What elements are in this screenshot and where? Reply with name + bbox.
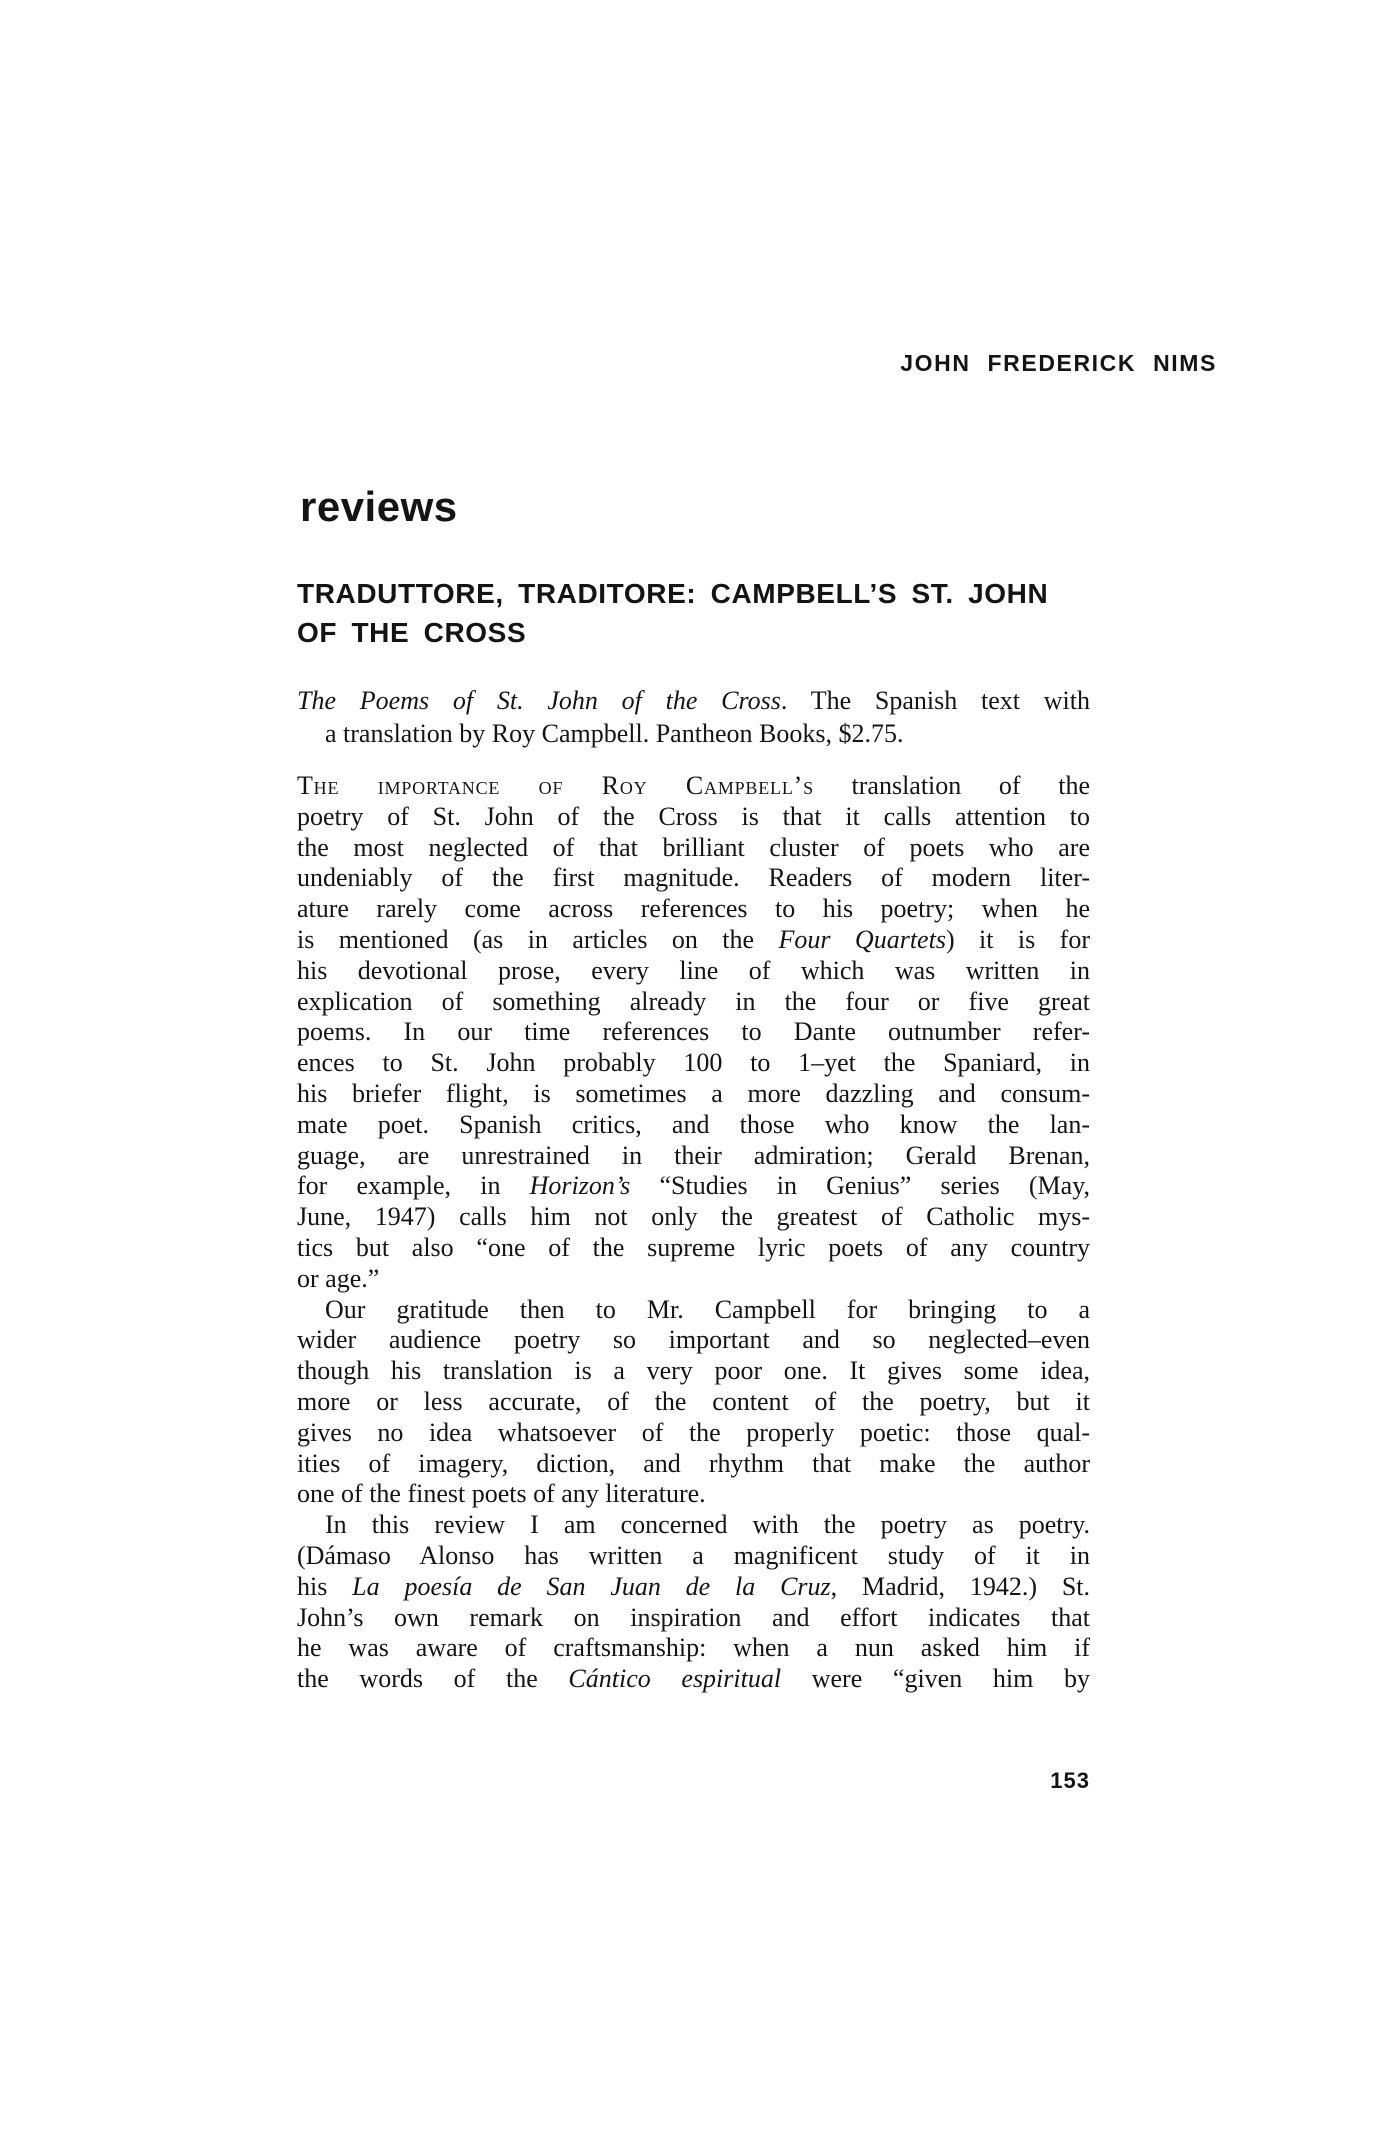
text-segment: is mentioned (as in articles on the [297,925,779,954]
paragraph: Our gratitude then to Mr. Campbell for b… [297,1295,1090,1511]
citation-line: The Poems of St. John of the Cross. The … [297,684,1090,717]
text-segment: poems. In our time references to Dante o… [297,1017,1090,1046]
text-segment: the most neglected of that brilliant clu… [297,833,1090,862]
section-heading: reviews [300,483,458,531]
text-segment: explication of something already in the … [297,987,1090,1016]
paragraph: The importance of Roy Campbell’s transla… [297,771,1090,1295]
text-line: his La poesía de San Juan de la Cruz, Ma… [297,1572,1090,1603]
text-segment: (Dámaso Alonso has written a magnificent… [297,1541,1090,1570]
review-body: The importance of Roy Campbell’s transla… [297,771,1090,1695]
italic-text: The Poems of St. John of the Cross [297,686,781,715]
text-segment: ences to St. John probably 100 to 1–yet … [297,1048,1090,1077]
text-segment: one of the finest poets of any literatur… [297,1479,706,1508]
text-segment: Our gratitude then to Mr. Campbell for b… [325,1295,1090,1324]
text-segment: gives no idea whatsoever of the properly… [297,1418,1090,1447]
text-line: undeniably of the first magnitude. Reade… [297,863,1090,894]
italic-text: Cántico espiritual [568,1664,781,1693]
text-segment: . The Spanish text with [781,686,1090,715]
text-segment: undeniably of the first magnitude. Reade… [297,863,1090,892]
text-line: he was aware of craftsmanship: when a nu… [297,1633,1090,1664]
small-caps-lead: The importance of Roy Campbell’s [297,771,814,800]
text-segment: more or less accurate, of the content of… [297,1387,1090,1416]
author-running-head: JOHN FREDERICK NIMS [900,350,1217,377]
citation-line: a translation by Roy Campbell. Pantheon … [297,717,1090,750]
text-line: tics but also “one of the supreme lyric … [297,1233,1090,1264]
book-page: JOHN FREDERICK NIMS reviews TRADUTTORE, … [0,0,1400,2154]
text-line: his briefer flight, is sometimes a more … [297,1079,1090,1110]
text-segment: his [297,1572,352,1601]
text-segment: In this review I am concerned with the p… [325,1510,1090,1539]
text-segment: his briefer flight, is sometimes a more … [297,1079,1090,1108]
text-line: June, 1947) calls him not only the great… [297,1202,1090,1233]
text-line: his devotional prose, every line of whic… [297,956,1090,987]
text-segment: mate poet. Spanish critics, and those wh… [297,1110,1090,1139]
text-line: for example, in Horizon’s “Studies in Ge… [297,1171,1090,1202]
text-line: the most neglected of that brilliant clu… [297,833,1090,864]
text-line: In this review I am concerned with the p… [297,1510,1090,1541]
text-segment: John’s own remark on inspiration and eff… [297,1603,1090,1632]
text-segment: his devotional prose, every line of whic… [297,956,1090,985]
italic-text: Horizon’s [530,1171,631,1200]
text-segment: guage, are unrestrained in their admirat… [297,1141,1090,1170]
article-title-line: TRADUTTORE, TRADITORE: CAMPBELL’S ST. JO… [297,574,1117,613]
text-line: is mentioned (as in articles on the Four… [297,925,1090,956]
article-title: TRADUTTORE, TRADITORE: CAMPBELL’S ST. JO… [297,574,1117,652]
text-segment: ) it is for [946,925,1090,954]
text-line: guage, are unrestrained in their admirat… [297,1141,1090,1172]
text-segment: ature rarely come across references to h… [297,894,1090,923]
text-segment: or age.” [297,1264,379,1293]
text-segment: tics but also “one of the supreme lyric … [297,1233,1090,1262]
italic-text: Four Quartets [779,925,946,954]
text-segment: though his translation is a very poor on… [297,1356,1090,1385]
text-line: The importance of Roy Campbell’s transla… [297,771,1090,802]
text-segment: , Madrid, 1942.) St. [831,1572,1090,1601]
text-line: ities of imagery, diction, and rhythm th… [297,1449,1090,1480]
text-segment: for example, in [297,1171,530,1200]
text-line: more or less accurate, of the content of… [297,1387,1090,1418]
paragraph: In this review I am concerned with the p… [297,1510,1090,1695]
text-line: wider audience poetry so important and s… [297,1325,1090,1356]
text-line: one of the finest poets of any literatur… [297,1479,1090,1510]
book-citation: The Poems of St. John of the Cross. The … [297,684,1090,750]
page-number: 153 [297,1768,1090,1794]
text-line: or age.” [297,1264,1090,1295]
text-line: ature rarely come across references to h… [297,894,1090,925]
italic-text: La poesía de San Juan de la Cruz [352,1572,831,1601]
text-line: ences to St. John probably 100 to 1–yet … [297,1048,1090,1079]
text-segment: “Studies in Genius” series (May, [630,1171,1090,1200]
text-line: John’s own remark on inspiration and eff… [297,1603,1090,1634]
text-segment: poetry of St. John of the Cross is that … [297,802,1090,831]
text-segment: June, 1947) calls him not only the great… [297,1202,1090,1231]
text-line: explication of something already in the … [297,987,1090,1018]
text-line: poems. In our time references to Dante o… [297,1017,1090,1048]
text-line: poetry of St. John of the Cross is that … [297,802,1090,833]
text-line: (Dámaso Alonso has written a magnificent… [297,1541,1090,1572]
text-line: though his translation is a very poor on… [297,1356,1090,1387]
text-line: mate poet. Spanish critics, and those wh… [297,1110,1090,1141]
text-segment: wider audience poetry so important and s… [297,1325,1090,1354]
text-line: the words of the Cántico espiritual were… [297,1664,1090,1695]
text-segment: translation of the [814,771,1090,800]
text-line: Our gratitude then to Mr. Campbell for b… [297,1295,1090,1326]
text-segment: were “given him by [781,1664,1090,1693]
text-segment: he was aware of craftsmanship: when a nu… [297,1633,1090,1662]
text-segment: ities of imagery, diction, and rhythm th… [297,1449,1090,1478]
text-segment: the words of the [297,1664,568,1693]
article-title-line: OF THE CROSS [297,613,1117,652]
text-line: gives no idea whatsoever of the properly… [297,1418,1090,1449]
text-segment: a translation by Roy Campbell. Pantheon … [325,719,903,748]
